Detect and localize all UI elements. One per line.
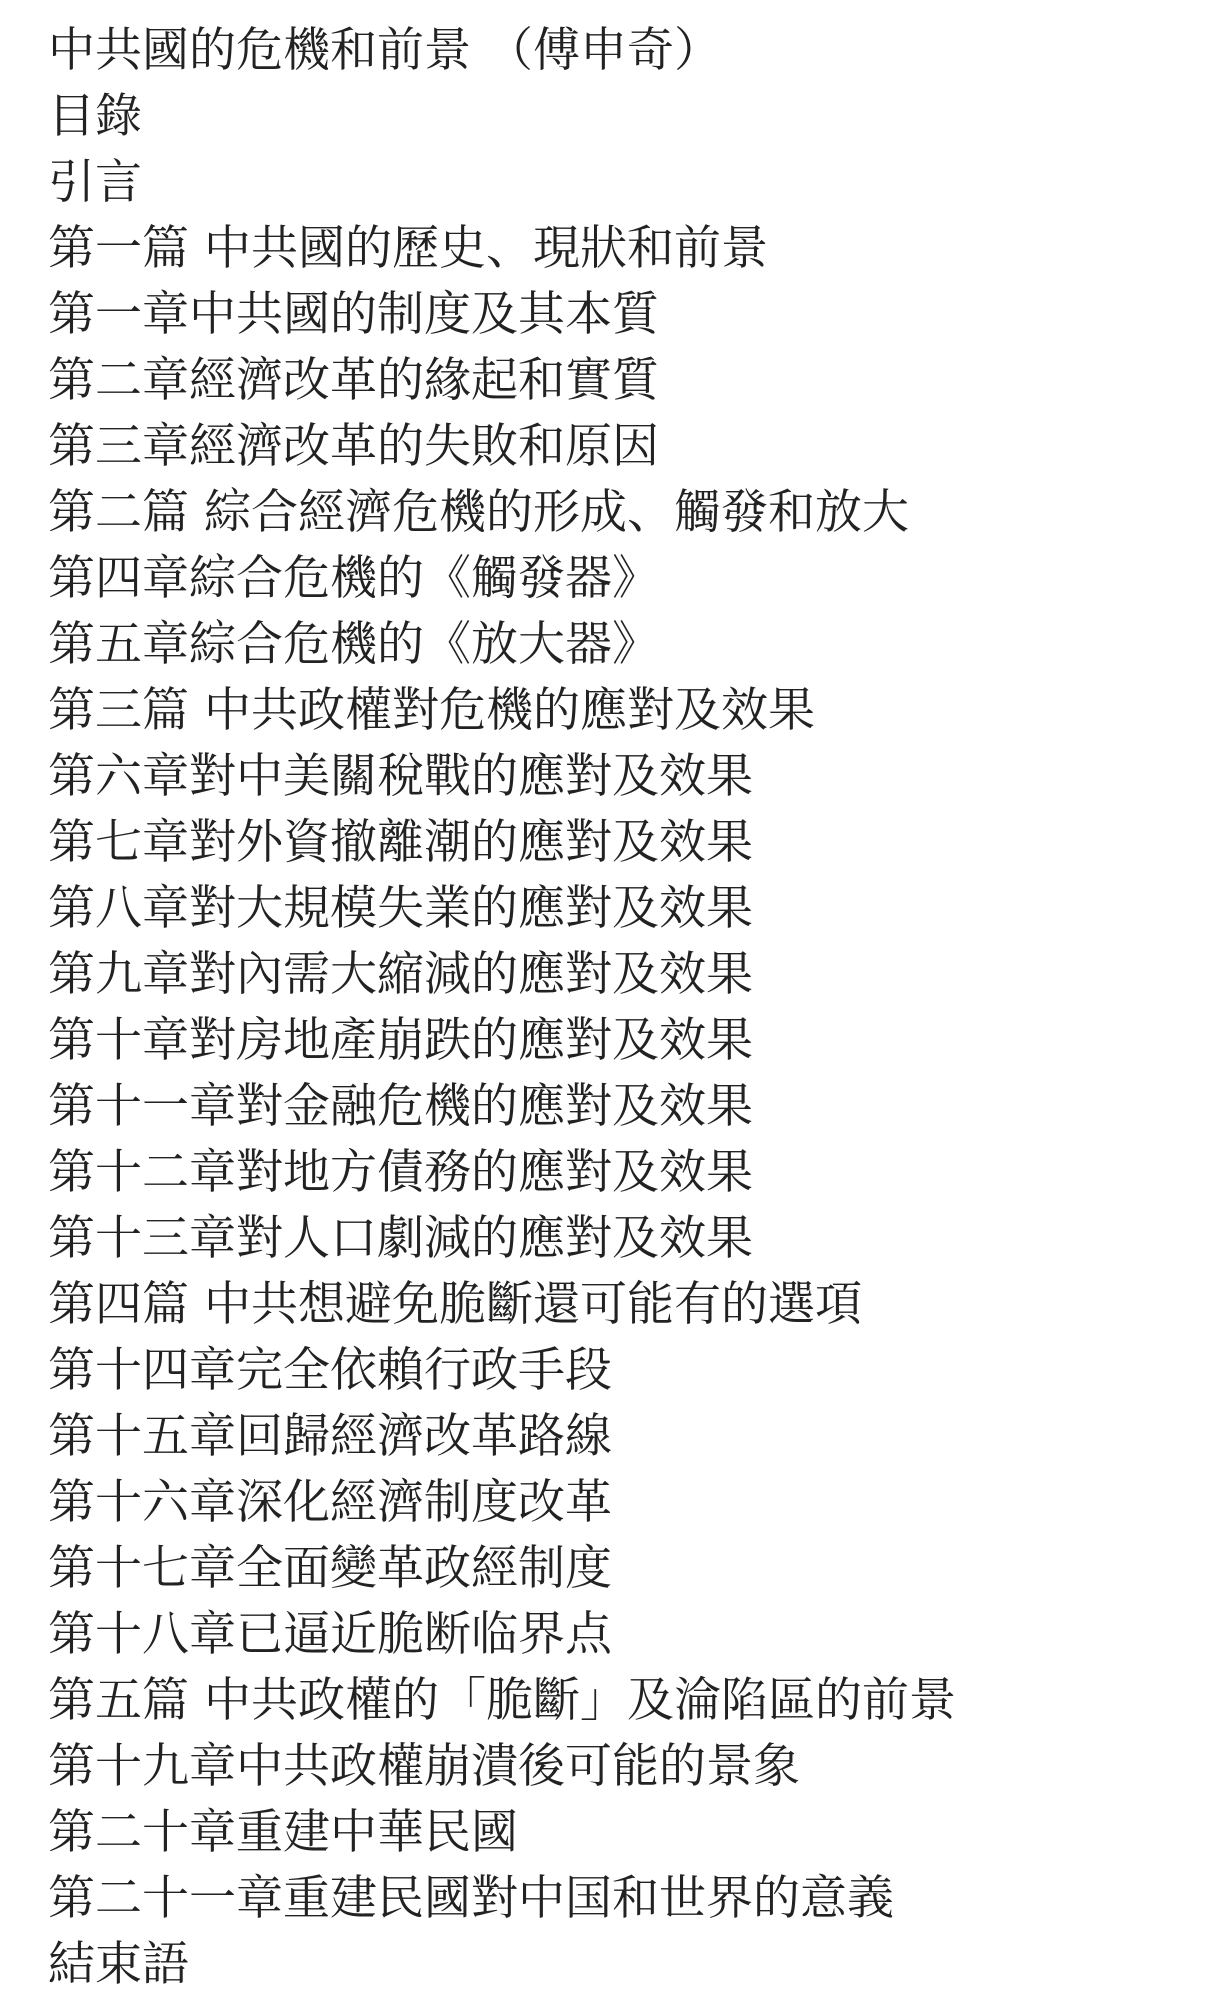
toc-chapter-20: 第二十章重建中華民國 <box>48 1800 956 1866</box>
toc-chapter-18: 第十八章已逼近脆断临界点 <box>48 1602 956 1668</box>
toc-chapter-7: 第七章對外資撤離潮的應對及效果 <box>48 810 956 876</box>
toc-entry-intro: 引言 <box>48 150 956 216</box>
toc-chapter-15: 第十五章回歸經濟改革路線 <box>48 1404 956 1470</box>
toc-chapter-21: 第二十一章重建民國對中国和世界的意義 <box>48 1866 956 1932</box>
toc-chapter-3: 第三章經濟改革的失敗和原因 <box>48 414 956 480</box>
toc-chapter-17: 第十七章全面變革政經制度 <box>48 1536 956 1602</box>
toc-part-4: 第四篇 中共想避免脆斷還可能有的選項 <box>48 1272 956 1338</box>
toc-chapter-12: 第十二章對地方債務的應對及效果 <box>48 1140 956 1206</box>
toc-chapter-2: 第二章經濟改革的緣起和實質 <box>48 348 956 414</box>
book-title: 中共國的危機和前景 （傅申奇） <box>48 18 956 84</box>
toc-chapter-8: 第八章對大規模失業的應對及效果 <box>48 876 956 942</box>
toc-chapter-4: 第四章綜合危機的《觸發器》 <box>48 546 956 612</box>
table-of-contents: 中共國的危機和前景 （傅申奇） 目錄 引言 第一篇 中共國的歷史、現狀和前景 第… <box>48 18 956 1998</box>
toc-part-1: 第一篇 中共國的歷史、現狀和前景 <box>48 216 956 282</box>
toc-chapter-9: 第九章對內需大縮減的應對及效果 <box>48 942 956 1008</box>
toc-part-3: 第三篇 中共政權對危機的應對及效果 <box>48 678 956 744</box>
toc-part-5: 第五篇 中共政權的「脆斷」及淪陷區的前景 <box>48 1668 956 1734</box>
toc-chapter-13: 第十三章對人口劇減的應對及效果 <box>48 1206 956 1272</box>
toc-chapter-11: 第十一章對金融危機的應對及效果 <box>48 1074 956 1140</box>
toc-part-2: 第二篇 綜合經濟危機的形成、觸發和放大 <box>48 480 956 546</box>
toc-chapter-19: 第十九章中共政權崩潰後可能的景象 <box>48 1734 956 1800</box>
toc-chapter-10: 第十章對房地產崩跌的應對及效果 <box>48 1008 956 1074</box>
toc-chapter-6: 第六章對中美關稅戰的應對及效果 <box>48 744 956 810</box>
toc-chapter-14: 第十四章完全依賴行政手段 <box>48 1338 956 1404</box>
toc-chapter-1: 第一章中共國的制度及其本質 <box>48 282 956 348</box>
toc-chapter-16: 第十六章深化經濟制度改革 <box>48 1470 956 1536</box>
toc-chapter-5: 第五章綜合危機的《放大器》 <box>48 612 956 678</box>
toc-entry-conclusion: 結束語 <box>48 1932 956 1998</box>
toc-heading: 目錄 <box>48 84 956 150</box>
